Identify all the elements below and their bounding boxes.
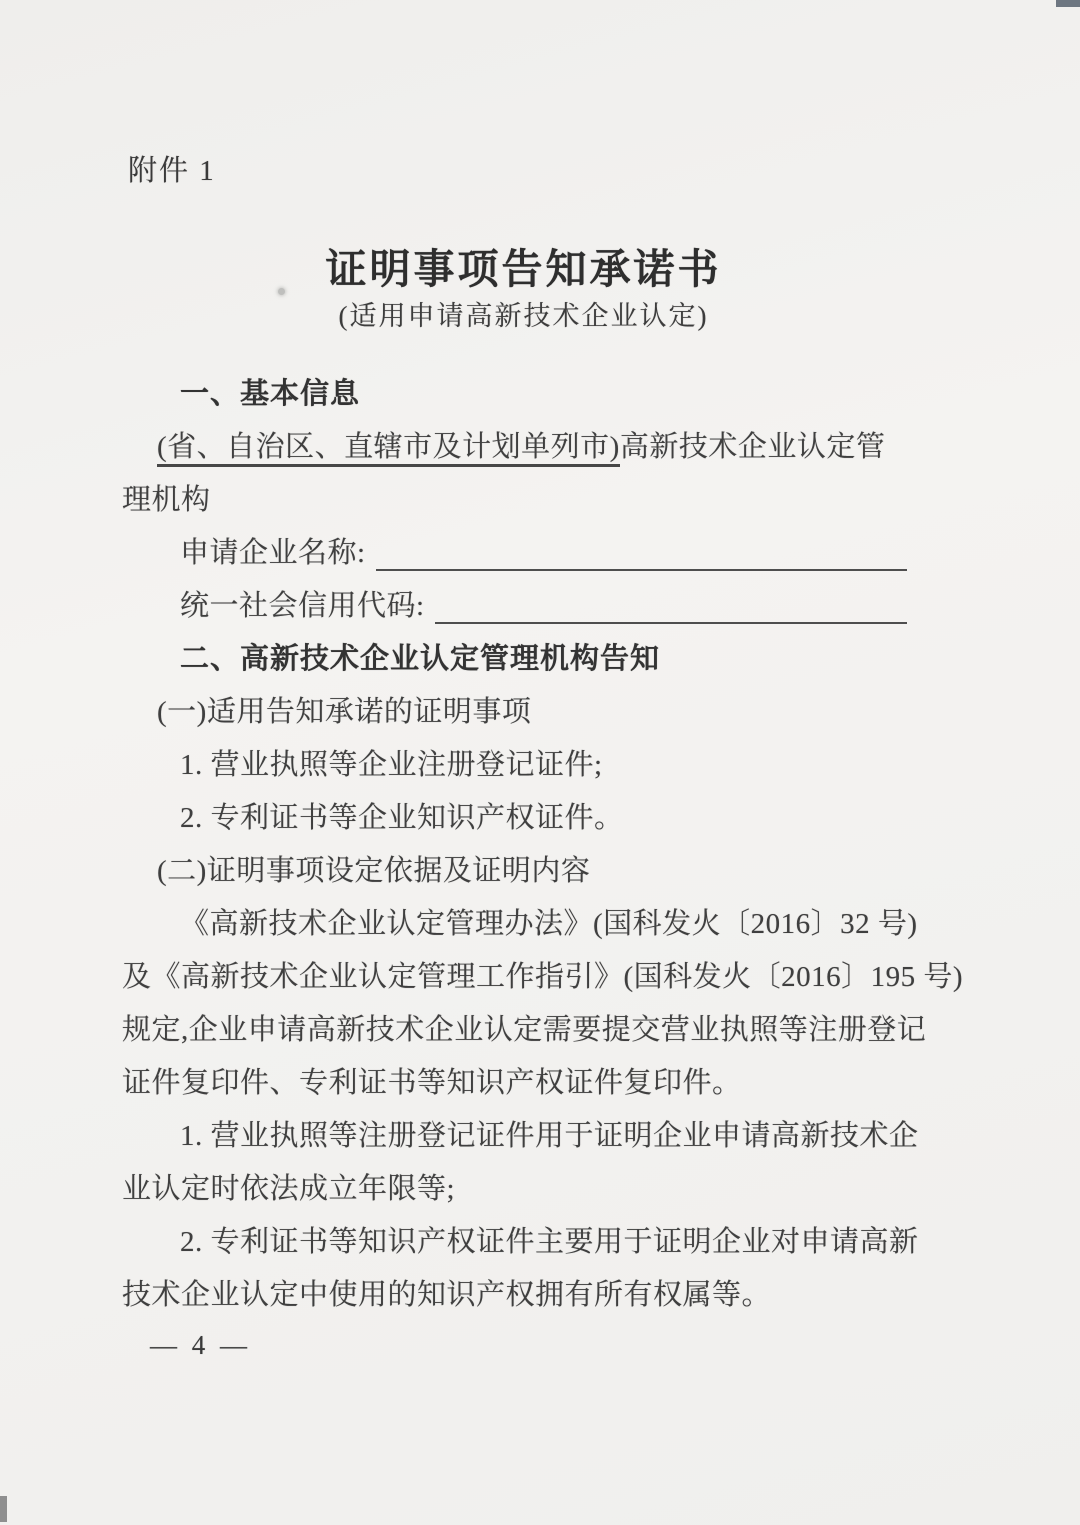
paragraph-item2-line: 技术企业认定中使用的知识产权拥有所有权属等。 [122,1269,925,1322]
paragraph-item1-line: 业认定时依法成立年限等; [122,1163,925,1216]
section-1-heading: 一、基本信息 [122,368,925,421]
document-title: 证明事项告知承诺书 [122,236,925,295]
company-name-blank-underline [376,527,907,571]
agency-line-wrap: 理机构 [122,474,925,527]
document-body: 一、基本信息 (省、自治区、直辖市及计划单列市)高新技术企业认定管 理机构 申请… [122,368,925,1322]
paragraph-basis-line: 证件复印件、专利证书等知识产权证件复印件。 [122,1057,925,1110]
company-name-label: 申请企业名称: [122,527,366,580]
section-2-heading: 二、高新技术企业认定管理机构告知 [122,633,925,686]
subsection-2-heading: (二)证明事项设定依据及证明内容 [122,845,925,898]
credit-code-field-row: 统一社会信用代码: [122,580,925,633]
paragraph-basis-line: 《高新技术企业认定管理办法》(国科发火〔2016〕32 号) [122,898,925,951]
company-name-field-row: 申请企业名称: [122,527,925,580]
attachment-label: 附件 1 [128,148,216,189]
paragraph-item1-line: 1. 营业执照等注册登记证件用于证明企业申请高新技术企 [122,1110,925,1163]
agency-line: (省、自治区、直辖市及计划单列市)高新技术企业认定管 [122,421,925,474]
credit-code-label: 统一社会信用代码: [122,580,425,633]
paragraph-item2-line: 2. 专利证书等知识产权证件主要用于证明企业对申请高新 [122,1216,925,1269]
scan-artifact-top-right [1056,0,1080,7]
subsection-1-heading: (一)适用告知承诺的证明事项 [122,686,925,739]
list-item: 2. 专利证书等企业知识产权证件。 [122,792,925,845]
agency-underlined-text: (省、自治区、直辖市及计划单列市) [157,431,620,467]
list-item: 1. 营业执照等企业注册登记证件; [122,739,925,792]
agency-tail-text: 高新技术企业认定管 [620,431,886,463]
document-subtitle: (适用申请高新技术企业认定) [122,294,925,333]
paragraph-basis-line: 及《高新技术企业认定管理工作指引》(国科发火〔2016〕195 号) [122,951,925,1004]
credit-code-blank-underline [435,580,907,624]
paragraph-basis-line: 规定,企业申请高新技术企业认定需要提交营业执照等注册登记 [122,1004,925,1057]
scan-artifact-bottom-left [0,1496,7,1522]
page-number: — 4 — [150,1330,251,1361]
scanned-document-page: 附件 1 证明事项告知承诺书 (适用申请高新技术企业认定) 一、基本信息 (省、… [0,0,1080,1525]
